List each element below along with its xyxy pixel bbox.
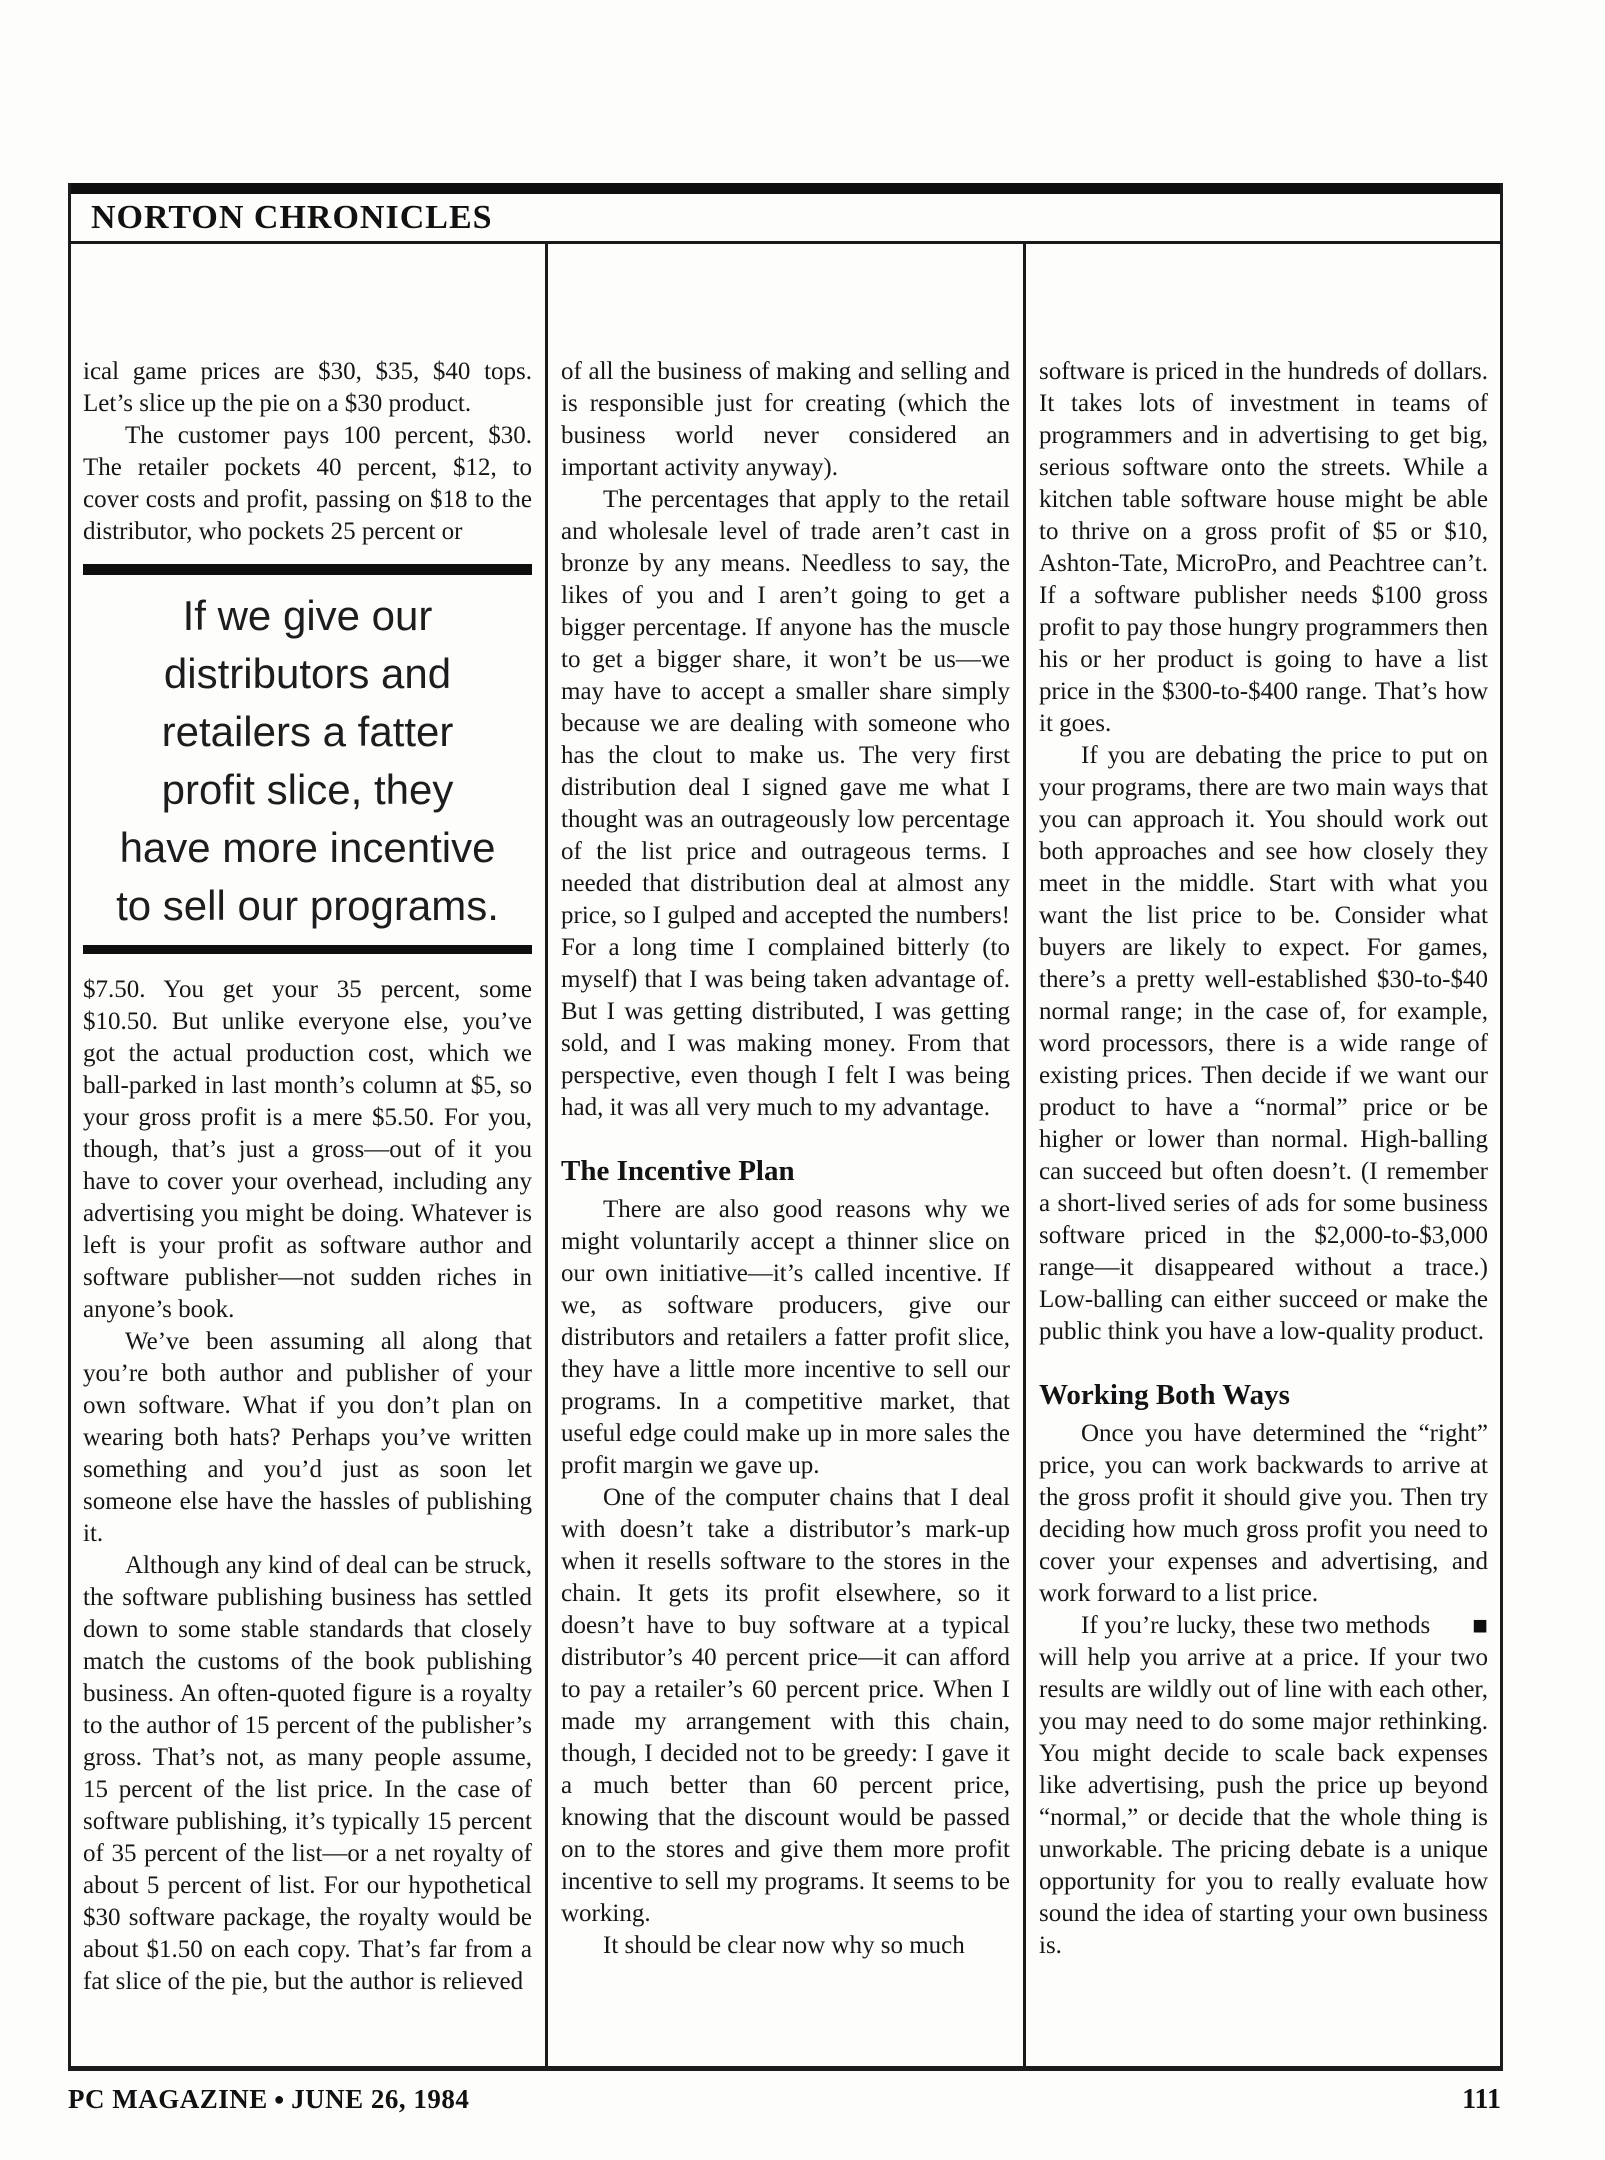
article-frame: NORTON CHRONICLES ical game prices are $… <box>68 183 1503 2071</box>
pull-quote-top-rule <box>83 564 532 575</box>
text-column-3: software is priced in the hundreds of do… <box>1026 244 1492 2066</box>
text-column-1: ical game prices are $30, $35, $40 tops.… <box>79 244 545 2066</box>
article-body: ical game prices are $30, $35, $40 tops.… <box>71 244 1500 2066</box>
pull-quote-line: profit slice, they <box>83 761 532 819</box>
paragraph-text: If you’re lucky, these two methods will … <box>1039 1612 1488 1959</box>
magazine-name: PC MAGAZINE <box>68 2084 268 2114</box>
paragraph: We’ve been assuming all along that you’r… <box>83 1326 532 1550</box>
paragraph: ical game prices are $30, $35, $40 tops.… <box>83 356 532 420</box>
paragraph: Although any kind of deal can be struck,… <box>83 1550 532 1998</box>
text-column-2: of all the business of making and sellin… <box>548 244 1023 2066</box>
paragraph: Once you have determined the “right” pri… <box>1039 1418 1488 1610</box>
paragraph: One of the computer chains that I deal w… <box>561 1482 1010 1930</box>
paragraph: ■If you’re lucky, these two methods will… <box>1039 1610 1488 1962</box>
paragraph: The customer pays 100 percent, $30. The … <box>83 420 532 548</box>
header-top-rule <box>71 183 1500 194</box>
pull-quote-line: have more incentive <box>83 819 532 877</box>
magazine-page: NORTON CHRONICLES ical game prices are $… <box>0 0 1605 2160</box>
pull-quote-line: If we give our <box>83 587 532 645</box>
pull-quote-line: distributors and <box>83 645 532 703</box>
pull-quote-line: retailers a fatter <box>83 703 532 761</box>
pull-quote: If we give our distributors and retailer… <box>83 564 532 954</box>
issue-date: JUNE 26, 1984 <box>291 2084 469 2114</box>
section-heading: Working Both Ways <box>1039 1378 1488 1412</box>
column-header: NORTON CHRONICLES <box>71 194 1500 241</box>
page-number: 111 <box>1462 2084 1503 2116</box>
paragraph: The percentages that apply to the retail… <box>561 484 1010 1124</box>
pull-quote-bottom-rule <box>83 945 532 954</box>
bullet-separator-icon: ● <box>268 2089 291 2109</box>
paragraph: $7.50. You get your 35 percent, some $10… <box>83 974 532 1326</box>
paragraph: software is priced in the hundreds of do… <box>1039 356 1488 740</box>
column-title: NORTON CHRONICLES <box>91 199 493 237</box>
end-of-article-mark: ■ <box>1430 1610 1488 1642</box>
paragraph: There are also good reasons why we might… <box>561 1194 1010 1482</box>
pull-quote-line: to sell our programs. <box>83 877 532 935</box>
paragraph: If you are debating the price to put on … <box>1039 740 1488 1348</box>
section-heading: The Incentive Plan <box>561 1154 1010 1188</box>
paragraph: It should be clear now why so much <box>561 1930 1010 1962</box>
paragraph: of all the business of making and sellin… <box>561 356 1010 484</box>
page-footer: PC MAGAZINE●JUNE 26, 1984 111 <box>68 2084 1503 2116</box>
magazine-date-line: PC MAGAZINE●JUNE 26, 1984 <box>68 2084 469 2115</box>
